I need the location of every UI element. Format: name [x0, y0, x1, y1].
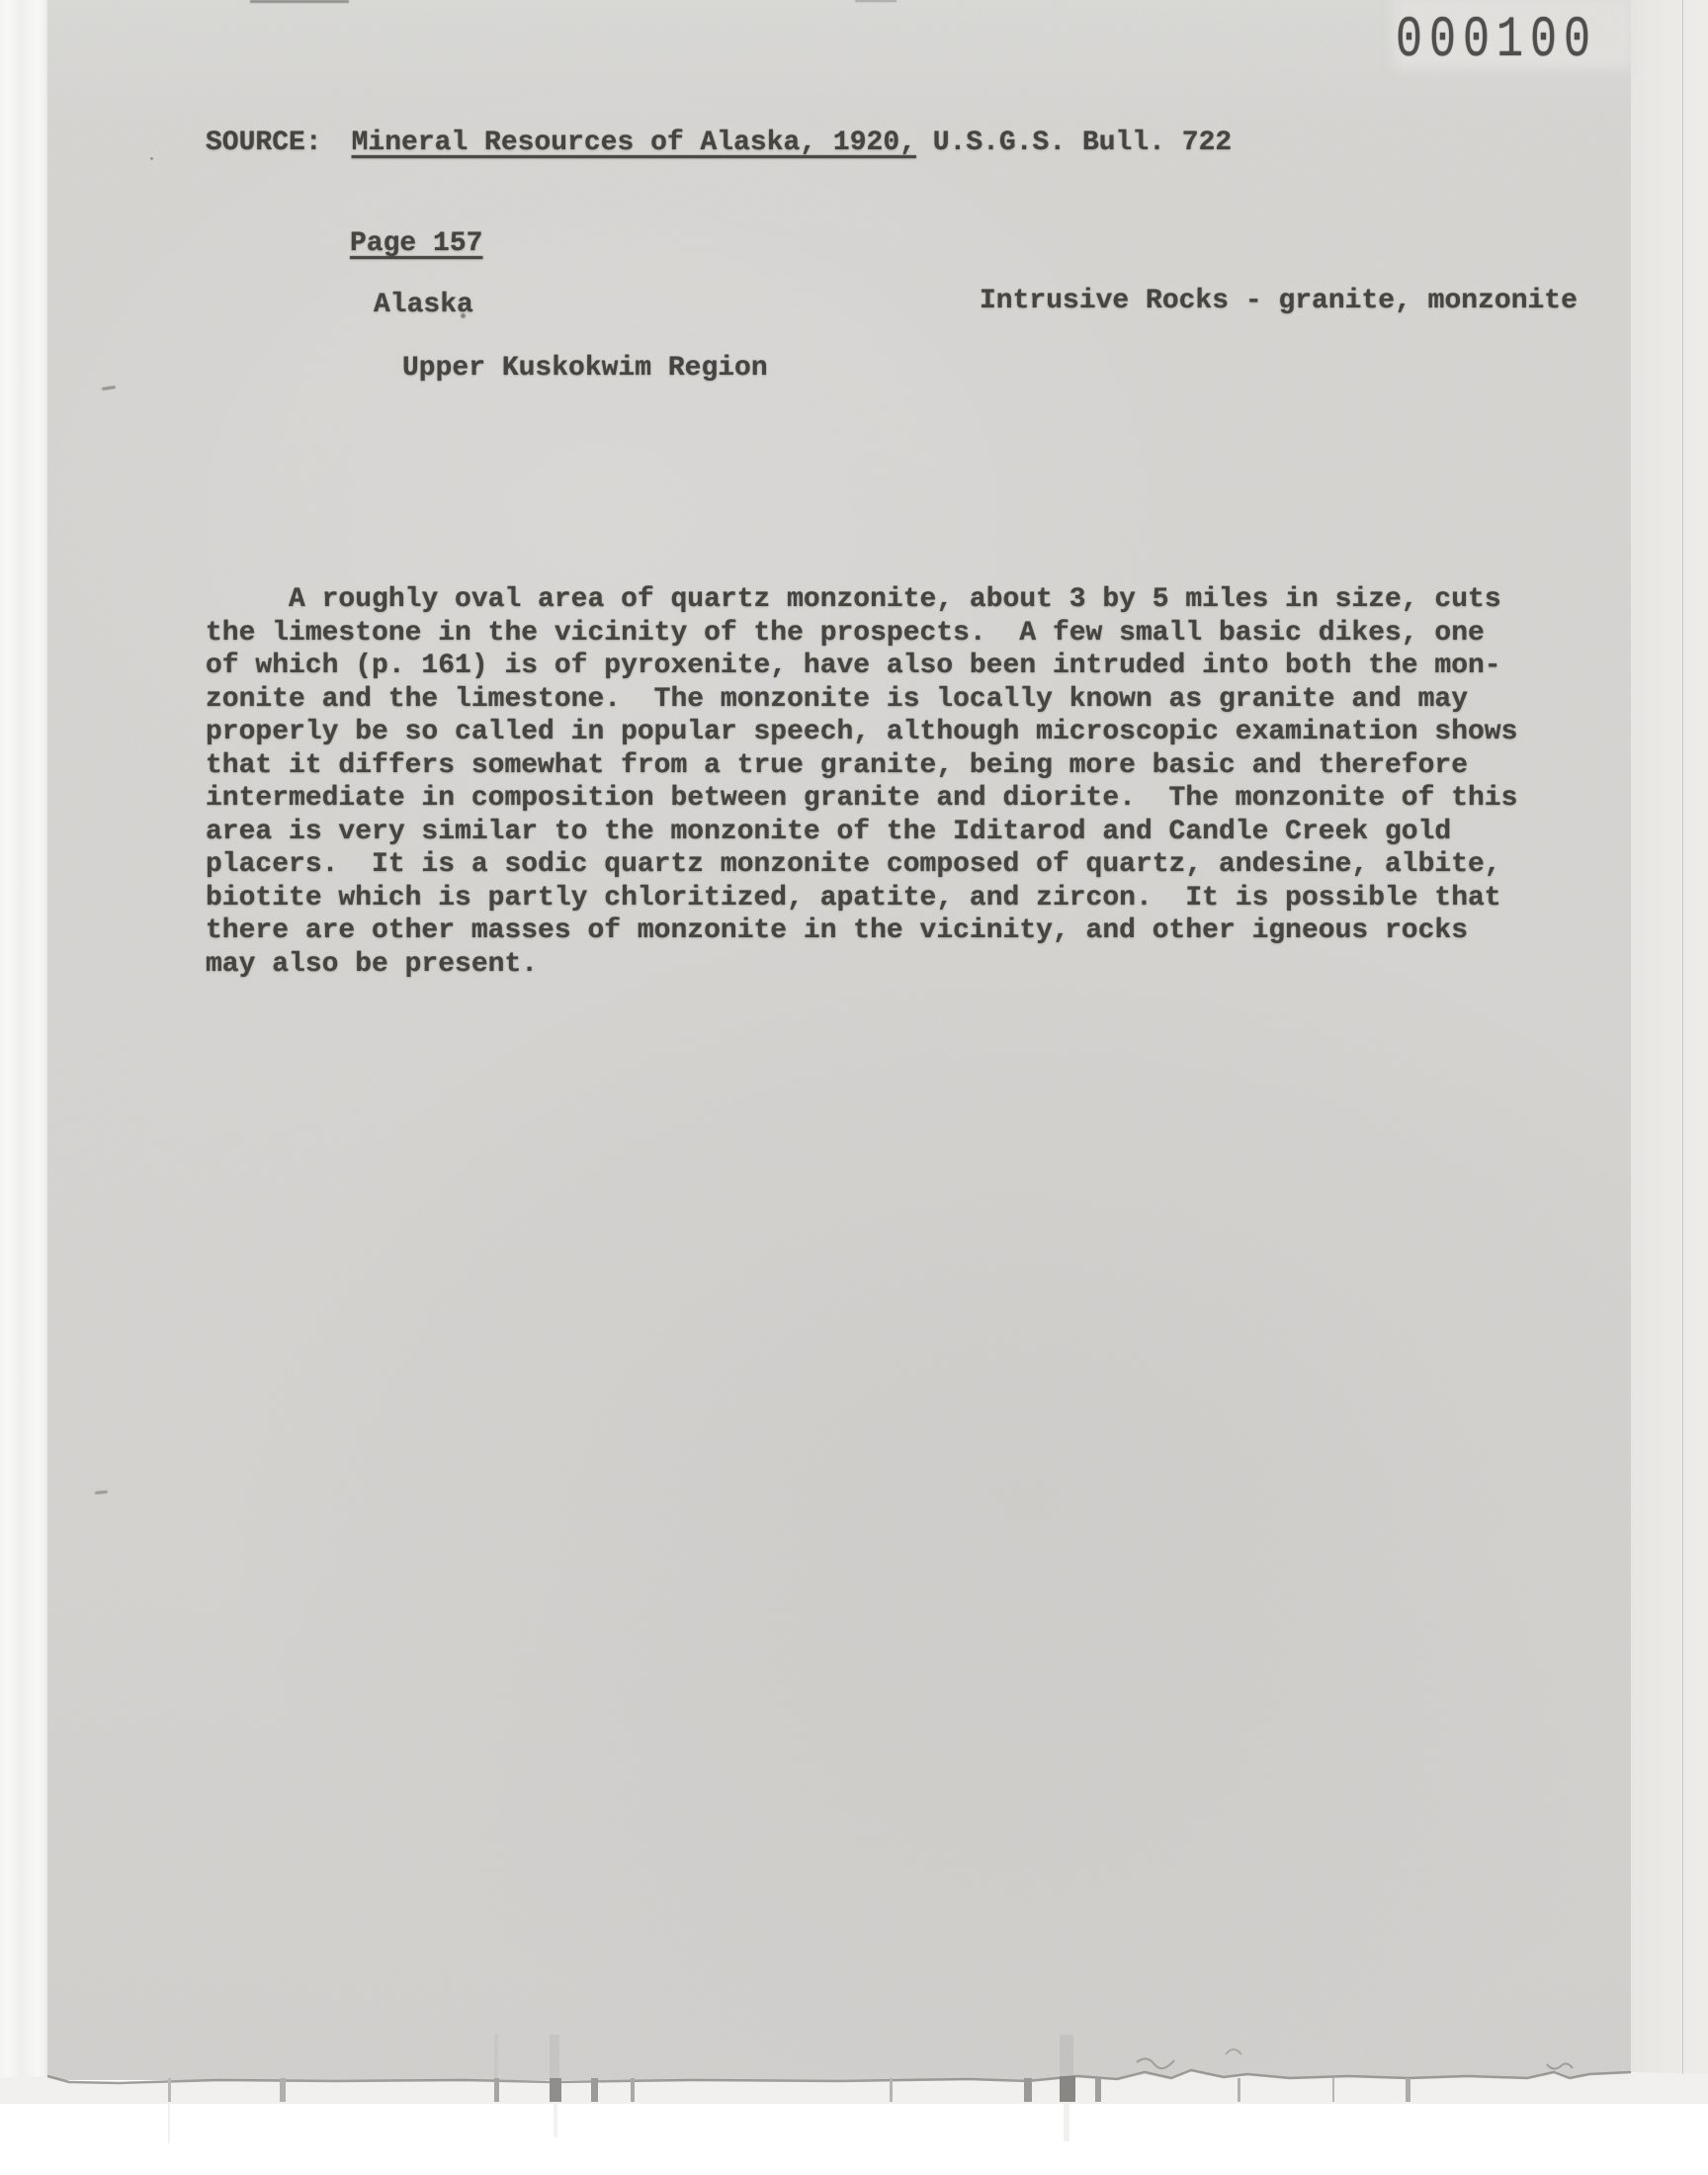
body-paragraph: A roughly oval area of quartz monzonite,…: [206, 583, 1540, 981]
source-title: Mineral Resources of Alaska, 1920,: [352, 128, 916, 158]
heading-subregion: Upper Kuskokwim Region: [402, 352, 768, 386]
source-line: SOURCE:Mineral Resources of Alaska, 1920…: [206, 127, 1232, 160]
page-reference: Page 157: [350, 228, 482, 259]
page-counter-stamp: 000100: [1396, 8, 1597, 73]
source-bulletin: U.S.G.S. Bull. 722: [916, 128, 1232, 158]
heading-subject: Intrusive Rocks - granite, monzonite: [980, 285, 1578, 318]
heading-region: Alaska: [374, 289, 473, 322]
scanned-document-page: 000100 SOURCE:Mineral Resources of Alask…: [0, 0, 1708, 2175]
scan-right-margin: [1631, 0, 1708, 2098]
source-label: SOURCE:: [206, 128, 322, 158]
scan-left-margin: [0, 0, 47, 2102]
source-page-line: Page 157: [206, 227, 1232, 261]
